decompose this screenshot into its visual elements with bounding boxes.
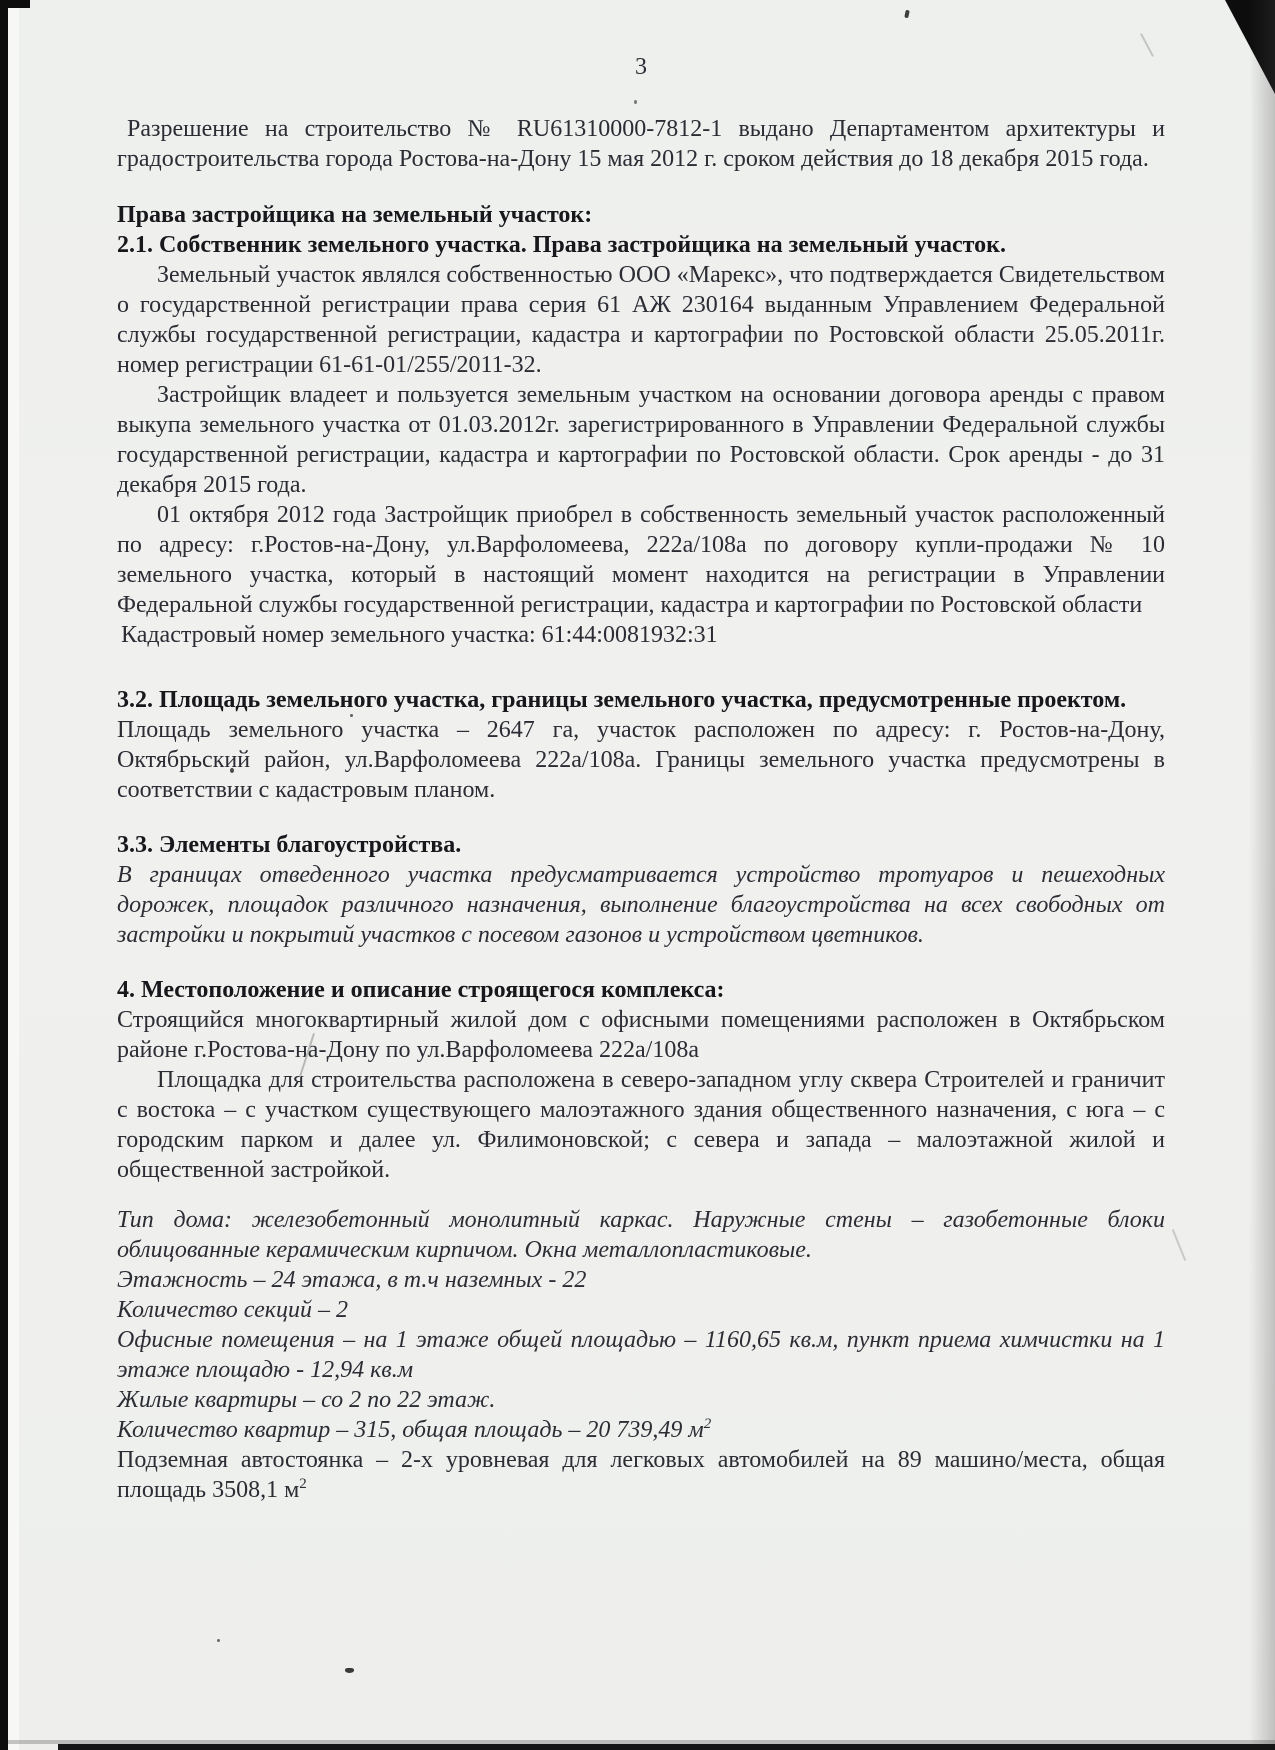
scan-speck bbox=[230, 768, 234, 773]
scan-speck bbox=[217, 1639, 220, 1642]
apartment-count-text: Количество квартир – 315, общая площадь … bbox=[117, 1417, 704, 1443]
heading-3-3-landscaping: 3.3. Элементы благоустройства. bbox=[117, 830, 1165, 860]
paragraph-site-boundaries: Площадка для строительства расположена в… bbox=[117, 1065, 1165, 1185]
paragraph-house-type: Тип дома: железобетонный монолитный карк… bbox=[117, 1205, 1165, 1265]
square-meter-superscript: 2 bbox=[704, 1416, 712, 1432]
scan-shadow-right bbox=[1249, 0, 1275, 1750]
paragraph-lease-agreement: Застройщик владеет и пользуется земельны… bbox=[117, 380, 1165, 500]
paragraph-land-ownership: Земельный участок являлся собственностью… bbox=[117, 260, 1165, 380]
square-meter-superscript: 2 bbox=[299, 1476, 307, 1492]
scan-speck bbox=[345, 1668, 354, 1673]
heading-4-location-description: 4. Местоположение и описание строящегося… bbox=[117, 975, 1165, 1005]
scan-edge-top-left bbox=[0, 0, 30, 8]
scan-speck bbox=[350, 714, 353, 717]
paragraph-land-purchase: 01 октября 2012 года Застройщик приобрел… bbox=[117, 500, 1165, 620]
document-content: 3 Разрешение на строительство № RU613100… bbox=[117, 52, 1165, 1505]
paragraph-cadastre-number: Кадастровый номер земельного участка: 61… bbox=[117, 620, 1165, 650]
scan-edge-bottom bbox=[58, 1744, 1275, 1750]
paragraph-building-location: Строящийся многоквартирный жилой дом с о… bbox=[117, 1005, 1165, 1065]
heading-developer-rights: Права застройщика на земельный участок: bbox=[117, 200, 1165, 230]
heading-3-2-land-area: 3.2. Площадь земельного участка, границы… bbox=[117, 685, 1165, 715]
paragraph-underground-parking: Подземная автостоянка – 2-х уровневая дл… bbox=[117, 1445, 1165, 1505]
paragraph-landscaping: В границах отведенного участка предусмат… bbox=[117, 860, 1165, 950]
heading-2-1-land-owner: 2.1. Собственник земельного участка. Пра… bbox=[117, 230, 1165, 260]
paragraph-construction-permit: Разрешение на строительство № RU61310000… bbox=[117, 114, 1165, 174]
paragraph-apartment-count: Количество квартир – 315, общая площадь … bbox=[117, 1415, 1165, 1445]
paragraph-floor-count: Этажность – 24 этажа, в т.ч наземных - 2… bbox=[117, 1265, 1165, 1295]
scan-edge-sliver bbox=[8, 0, 19, 1750]
paragraph-land-area: Площадь земельного участка – 2647 га, уч… bbox=[117, 715, 1165, 805]
paragraph-office-space: Офисные помещения – на 1 этаже общей пло… bbox=[117, 1325, 1165, 1385]
paragraph-apartment-floors: Жилые квартиры – со 2 по 22 этаж. bbox=[117, 1385, 1165, 1415]
scanned-document-page: 3 Разрешение на строительство № RU613100… bbox=[0, 0, 1275, 1750]
scan-edge-left bbox=[0, 0, 8, 1750]
scan-speck bbox=[634, 100, 637, 104]
parking-text: Подземная автостоянка – 2-х уровневая дл… bbox=[117, 1447, 1165, 1503]
paragraph-section-count: Количество секций – 2 bbox=[117, 1295, 1165, 1325]
page-number: 3 bbox=[117, 52, 1165, 82]
